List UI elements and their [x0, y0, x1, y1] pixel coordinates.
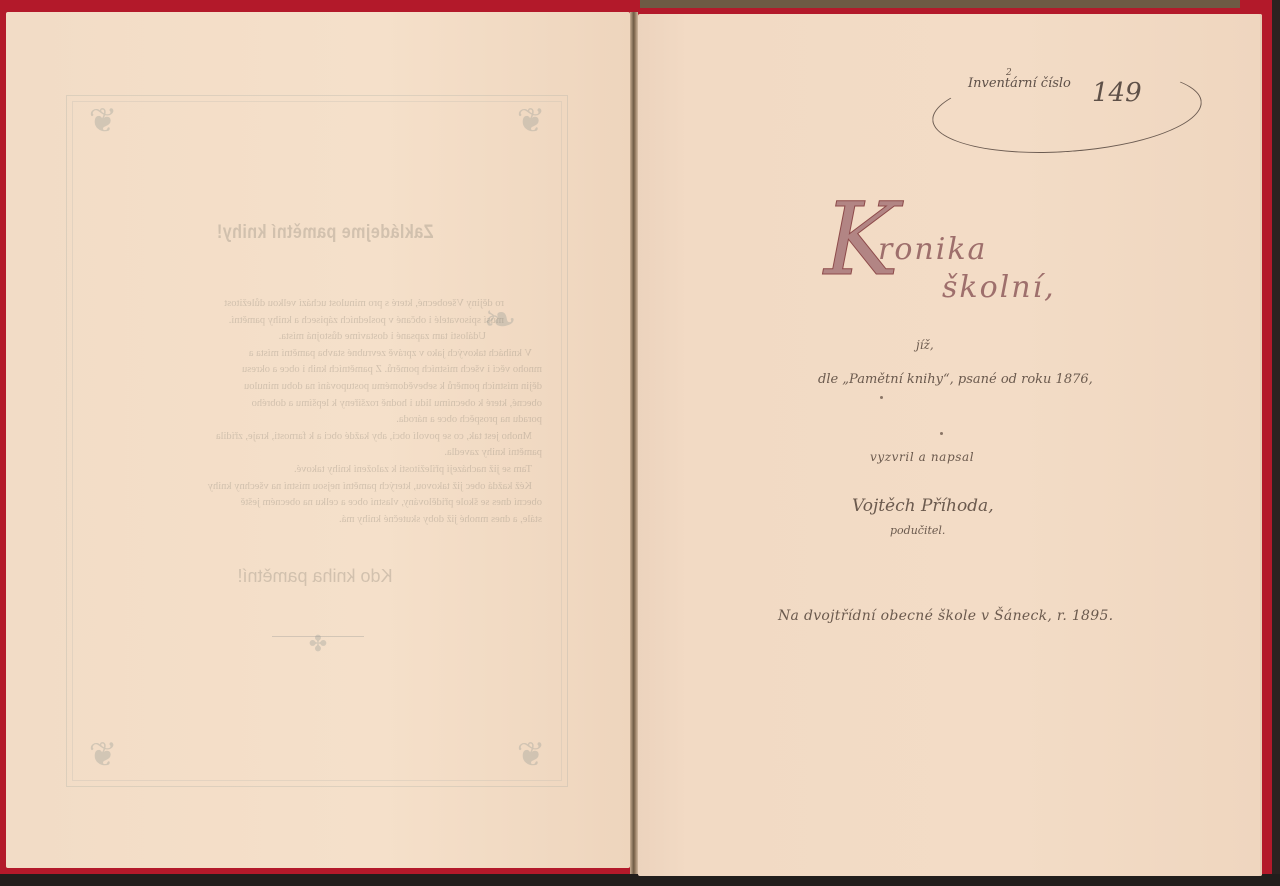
right-page: [638, 14, 1262, 876]
school-line: Na dvojtřídní obecné škole v Šáneck, r. …: [778, 608, 1113, 624]
bleed-through-subtitle: Kdo kniha pamětní!: [205, 566, 425, 587]
bleed-line: poradu na prospěch obce a národa.: [122, 412, 542, 429]
bleed-line: dějin místních poměrů k sebevědomému pos…: [122, 379, 542, 396]
bleed-line: obecné, které k obecnímu lidu i hodně ro…: [122, 396, 542, 413]
bleed-line: V knihách takových jako v zprávě zevrubn…: [122, 346, 542, 363]
bleed-through-title: Zakládejme pamětní knihy!: [202, 222, 449, 244]
text-compiled-by: vyzvril a napsal: [870, 450, 974, 464]
corner-ornament-icon: ❦: [80, 732, 126, 778]
divider-ornament-icon: ✤: [296, 630, 340, 660]
ink-dot: [940, 432, 943, 435]
bleed-line: Tam se již nacházejí příležitosti k zalo…: [122, 462, 542, 479]
text-source: dle „Pamětní knihy“, psané od roku 1876,: [818, 372, 1093, 387]
bleed-line: Kéž každá obec již takovou, kterých pamě…: [122, 479, 542, 496]
corner-ornament-icon: ❦: [508, 732, 554, 778]
text-jiz: jíž,: [916, 338, 934, 352]
bleed-line: ro dějiny Všeobecné, které s pro minulos…: [122, 296, 542, 313]
cover-top-edge: [640, 0, 1240, 8]
corner-ornament-icon: ❦: [508, 98, 554, 144]
corner-ornament-icon: ❦: [80, 98, 126, 144]
bleed-divider-rule: [272, 636, 364, 637]
book-gutter: [630, 12, 638, 874]
bleed-through-body: ro dějiny Všeobecné, které s pro minulos…: [122, 296, 542, 528]
author-role: podučitel.: [890, 524, 945, 537]
inventory-label: Inventární číslo: [968, 76, 1071, 91]
bleed-line: musí spisovatelé i občané v posledních z…: [122, 313, 542, 330]
bleed-line: Události tam zapsané i dostavíme důstojn…: [122, 329, 542, 346]
bleed-line: mnoho věcí i všech místních poměrů. Z pa…: [122, 362, 542, 379]
title-line-2: školní,: [942, 270, 1056, 305]
bleed-line: obecní dnes se škole přidělovány, vlastn…: [122, 495, 542, 512]
bleed-line: Mnoho jest tak, co se povolí obci, aby k…: [122, 429, 542, 446]
ink-dot: [880, 396, 883, 399]
cover-right-edge: [1272, 0, 1280, 886]
bleed-line: stále, a dnes mnohé již doby skutečné kn…: [122, 512, 542, 529]
author-name: Vojtěch Příhoda,: [852, 496, 994, 516]
bleed-line: pamětní knihy zavedla.: [122, 445, 542, 462]
title-line-1: ronika: [878, 232, 987, 267]
inventory-number: 149: [1092, 78, 1142, 108]
